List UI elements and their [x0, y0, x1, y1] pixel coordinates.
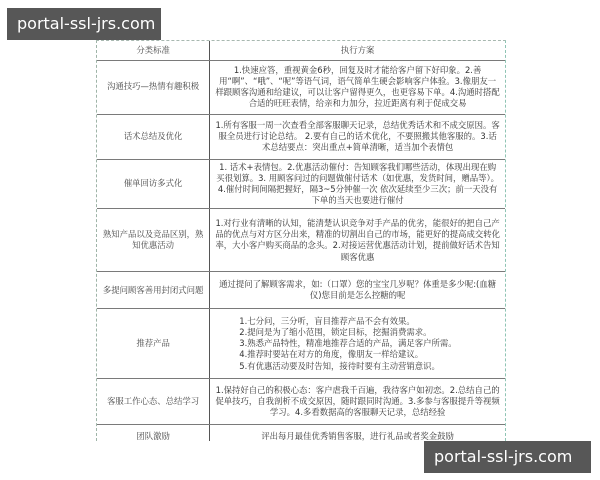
row-plan: 评出每月最佳优秀销售客服，进行礼品或者奖金鼓励	[210, 425, 505, 441]
row-category: 催单回访多式化	[97, 159, 210, 209]
row-category: 话术总结及优化	[97, 114, 210, 159]
row-plan: 通过提问了解顾客需求，如:（口罩）您的宝宝几岁呢？体重是多少呢:(血糖仪)您目前…	[210, 272, 505, 309]
table-row: 推荐产品 1.七分问，三分听，盲目推荐产品不会有效果。 2.提问是为了缩小范围，…	[97, 309, 505, 379]
row-plan: 1.保持好自己的积极心态：客户虐我千百遍，我待客户如初恋。2.总结自己的促单技巧…	[210, 379, 505, 425]
table-row: 团队激励 评出每月最佳优秀销售客服，进行礼品或者奖金鼓励	[97, 425, 505, 441]
row-plan: 1.所有客服一周一次查看全部客服聊天记录，总结优秀话术和不成交原因。客服全员进行…	[210, 114, 505, 159]
row-plan: 1. 话术+表情包。2.优惠活动催付：告知顾客我们哪些活动，体现出现在购买很划算…	[210, 159, 505, 209]
plan-list-item: 1.七分问，三分听，盲目推荐产品不会有效果。	[215, 316, 500, 327]
plan-list-item: 3.熟悉产品特性，精准地推荐合适的产品，满足客户所需。	[215, 338, 500, 349]
row-category: 团队激励	[97, 425, 210, 441]
plan-list-item: 2.提问是为了缩小范围，锁定目标，挖掘消费需求。	[215, 327, 500, 338]
watermark-top: portal-ssl-jrs.com	[7, 8, 161, 40]
row-category: 多提问顾客善用封闭式问题	[97, 272, 210, 309]
header-plan: 执行方案	[210, 41, 505, 60]
row-category: 客服工作心态、总结学习	[97, 379, 210, 425]
table-row: 话术总结及优化 1.所有客服一周一次查看全部客服聊天记录，总结优秀话术和不成交原…	[97, 114, 505, 159]
row-category: 推荐产品	[97, 309, 210, 379]
row-category: 熟知产品以及竞品区别，熟知优惠活动	[97, 209, 210, 272]
plan-list-item: 5.有优惠活动要及时告知，接待时要有主动营销意识。	[215, 361, 500, 372]
row-plan-list: 1.七分问，三分听，盲目推荐产品不会有效果。 2.提问是为了缩小范围，锁定目标，…	[210, 309, 505, 379]
plan-list-item: 4.推荐时要站在对方的角度，像朋友一样给建议。	[215, 349, 500, 360]
table-row: 熟知产品以及竞品区别，熟知优惠活动 1.对行业有清晰的认知，能清楚认识竞争对手产…	[97, 209, 505, 272]
row-plan: 1.对行业有清晰的认知，能清楚认识竞争对手产品的优劣，能很好的把自己产品的优点与…	[210, 209, 505, 272]
table-header-row: 分类标准 执行方案	[97, 41, 505, 60]
table-row: 客服工作心态、总结学习 1.保持好自己的积极心态：客户虐我千百遍，我待客户如初恋…	[97, 379, 505, 425]
table-row: 多提问顾客善用封闭式问题 通过提问了解顾客需求，如:（口罩）您的宝宝几岁呢？体重…	[97, 272, 505, 309]
customer-service-plan-table: 分类标准 执行方案 沟通技巧—热情有趣积极 1.快速应答，重视黄金6秒，回复及时…	[97, 41, 505, 441]
row-plan: 1.快速应答，重视黄金6秒，回复及时才能给客户留下好印象。2.善用“啊”、“哦”…	[210, 60, 505, 114]
header-category: 分类标准	[97, 41, 210, 60]
watermark-bottom: portal-ssl-jrs.com	[424, 441, 591, 473]
table-row: 催单回访多式化 1. 话术+表情包。2.优惠活动催付：告知顾客我们哪些活动，体现…	[97, 159, 505, 209]
table-row: 沟通技巧—热情有趣积极 1.快速应答，重视黄金6秒，回复及时才能给客户留下好印象…	[97, 60, 505, 114]
row-category: 沟通技巧—热情有趣积极	[97, 60, 210, 114]
plan-table-container: 分类标准 执行方案 沟通技巧—热情有趣积极 1.快速应答，重视黄金6秒，回复及时…	[96, 40, 506, 441]
